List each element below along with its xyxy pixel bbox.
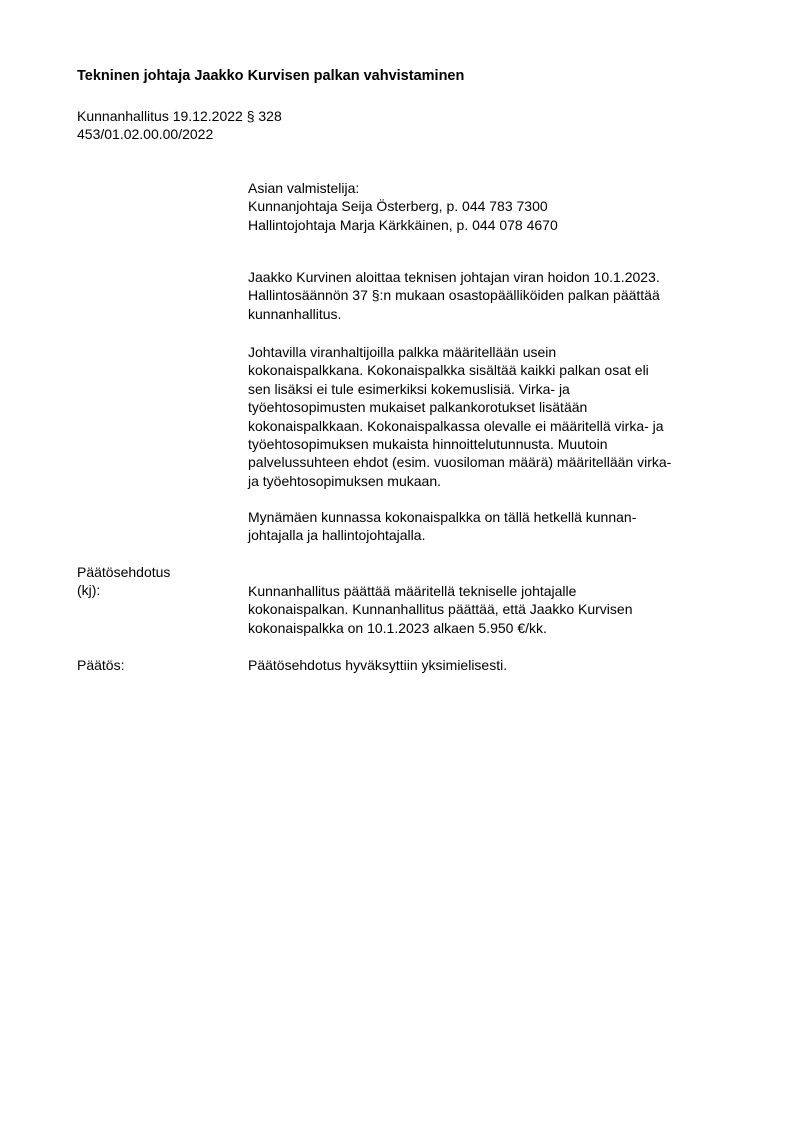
paragraph-line: kokonaispalkkaan. Kokonaispalkassa oleva…	[248, 417, 748, 435]
record-number: 453/01.02.00.00/2022	[77, 125, 282, 143]
paragraph-line: Hallintosäännön 37 §:n mukaan osastopääl…	[248, 286, 748, 304]
proposal-text: Kunnanhallitus päättää määritellä teknis…	[248, 582, 748, 637]
paragraph-line: Jaakko Kurvinen aloittaa teknisen johtaj…	[248, 268, 748, 286]
document-page: Tekninen johtaja Jaakko Kurvisen palkan …	[0, 0, 794, 1122]
paragraph-1: Jaakko Kurvinen aloittaa teknisen johtaj…	[248, 268, 748, 323]
paragraph-line: ja työehtosopimuksen mukaan.	[248, 472, 748, 490]
paragraph-line: kokonaispalkkana. Kokonaispalkka sisältä…	[248, 361, 748, 379]
proposal-label-line: (kj):	[77, 581, 170, 599]
proposal-label: Päätösehdotus (kj):	[77, 563, 170, 600]
paragraph-line: palvelussuhteen ehdot (esim. vuosiloman …	[248, 453, 748, 471]
meeting-reference: Kunnanhallitus 19.12.2022 § 328	[77, 107, 282, 125]
paragraph-line: Johtavilla viranhaltijoilla palkka määri…	[248, 343, 748, 361]
paragraph-line: työehtosopimuksen mukaista hinnoittelutu…	[248, 435, 748, 453]
paragraph-line: työehtosopimusten mukaiset palkankorotuk…	[248, 398, 748, 416]
paragraph-line: Mynämäen kunnassa kokonaispalkka on täll…	[248, 508, 748, 526]
paragraph-line: sen lisäksi ei tule esimerkiksi kokemusl…	[248, 380, 748, 398]
decision-label: Päätös:	[77, 656, 124, 674]
preparers-section: Asian valmistelija: Kunnanjohtaja Seija …	[248, 179, 748, 234]
proposal-line: kokonaispalkka on 10.1.2023 alkaen 5.950…	[248, 619, 748, 637]
proposal-line: Kunnanhallitus päättää määritellä teknis…	[248, 582, 748, 600]
decision-text: Päätösehdotus hyväksyttiin yksimielisest…	[248, 656, 748, 674]
proposal-label-line: Päätösehdotus	[77, 563, 170, 581]
proposal-line: kokonaispalkan. Kunnanhallitus päättää, …	[248, 600, 748, 618]
paragraph-line: johtajalla ja hallintojohtajalla.	[248, 526, 748, 544]
paragraph-line: kunnanhallitus.	[248, 305, 748, 323]
preparer-line: Hallintojohtaja Marja Kärkkäinen, p. 044…	[248, 216, 748, 234]
document-title: Tekninen johtaja Jaakko Kurvisen palkan …	[77, 68, 464, 84]
meeting-info: Kunnanhallitus 19.12.2022 § 328 453/01.0…	[77, 107, 282, 143]
preparer-line: Kunnanjohtaja Seija Österberg, p. 044 78…	[248, 197, 748, 215]
preparers-heading: Asian valmistelija:	[248, 179, 748, 197]
paragraph-3: Mynämäen kunnassa kokonaispalkka on täll…	[248, 508, 748, 545]
paragraph-2: Johtavilla viranhaltijoilla palkka määri…	[248, 343, 748, 490]
